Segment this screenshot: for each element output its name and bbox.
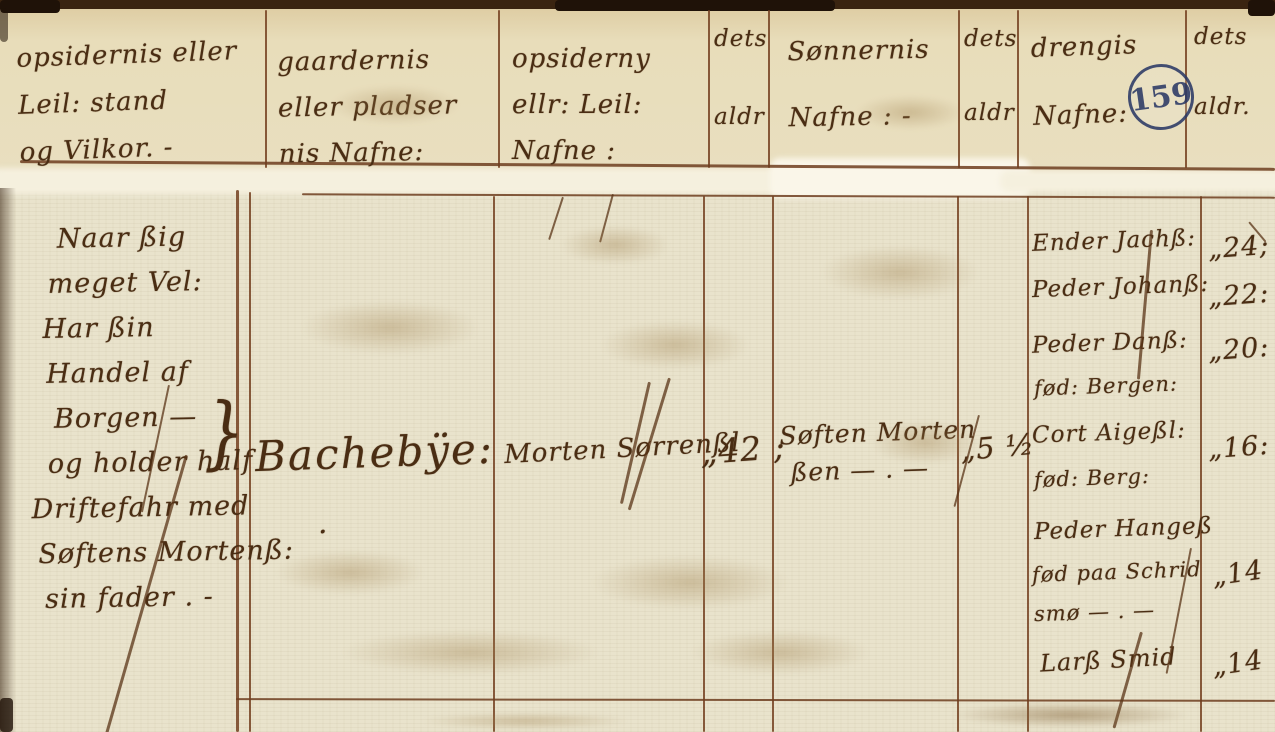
bleed-through-mark [855,95,965,130]
servant-name-2: Peder Johanß: [1032,271,1210,303]
servant-name-4: Cort Aigeßl: [1032,417,1187,448]
remarks-line-3: Har ßin [42,310,290,345]
remarks-line-9: sin fader . - [45,580,295,615]
header-rule-1 [265,10,267,168]
servant-name-6: Larß Smid [1039,642,1177,677]
column-header-tenant-line2: ellr: Leil: [512,82,651,128]
column-header-servants-age: dets aldr. [1194,24,1251,120]
page-number: 159 [1128,75,1195,118]
column-header-sons-line1: Sønnernis [787,35,930,67]
bleed-through-mark [300,300,480,355]
remarks-line-5: Borgen — [54,400,292,435]
remarks-line-7: Driftefahr med [31,490,293,526]
header-rule-5 [958,10,960,168]
servant-name-1: Ender Jachß: [1032,225,1197,257]
servant-age-5: „14 [1210,555,1265,593]
servant-birthplace-5-line1: fød paa Schrid [1032,557,1202,587]
servant-age-4: „16: [1207,430,1270,465]
servant-age-3: „20: [1207,332,1270,367]
column-header-status-line3: og Vilkor. - [19,122,241,177]
column-header-servants-line2: Nafne: [1033,98,1140,132]
header-rule-4 [768,10,770,168]
header-rule-3 [708,10,710,168]
remarks-line-2: meget Vel: [47,265,289,300]
bleed-through-mark [690,630,870,675]
servant-birthplace-4: fød: Berg: [1034,464,1151,492]
farm-name-dot: . [318,506,329,541]
remarks-line-8: Søftens Mortenß: [38,535,294,570]
bleed-through-mark [820,245,980,300]
column-header-status-line1: opsidernis eller [16,28,238,83]
remarks-line-1: Naar ßig [57,220,289,255]
top-center-edge-mark [555,0,835,11]
column-header-tenant-age-line1: dets [714,26,767,52]
column-header-tenant-names: opsiderny ellr: Leil: Nafne : [512,36,651,174]
column-header-servants-age-line2: aldr. [1194,94,1251,120]
servant-name-5: Peder Hangeß [1034,513,1214,545]
column-header-tenant-line1: opsiderny [512,36,651,82]
column-header-tenant-age-line2: aldr [714,104,767,130]
column-header-farm-line1: gaardernis [277,36,457,85]
farm-name: Bachebÿe: [254,424,495,481]
column-header-sons-age: dets aldr [964,26,1017,126]
bleed-through-mark [330,85,460,125]
bleed-through-mark [560,225,670,265]
column-header-status: opsidernis eller Leil: stand og Vilkor. … [16,28,242,177]
servant-age-6: „14 [1210,645,1265,683]
body-rule-sons-age [1027,196,1029,732]
bleed-through-mark [870,420,980,465]
column-header-tenant-age: dets aldr [714,26,767,130]
tenant-age: „42 ; [699,427,787,472]
pen-tick-a [548,197,564,240]
servant-name-3: Peder Danß: [1032,327,1189,358]
page-edge-shadow [0,188,16,732]
next-row-bleed-mark [950,702,1190,728]
column-header-farm-line3: nis Nafne: [278,128,458,177]
top-left-edge-mark [0,0,60,13]
bleed-through-mark [275,550,425,595]
bleed-through-mark [590,555,790,610]
column-header-sons-age-line2: aldr [964,100,1017,126]
column-header-servants-line1: drengis [1030,30,1137,64]
header-rule-2 [498,10,500,168]
column-header-servants-age-line1: dets [1194,24,1251,50]
scan-seam-right [1000,170,1275,192]
servant-birthplace-3: fød: Bergen: [1034,371,1179,400]
left-corner-mark [0,8,8,42]
column-header-servants: drengis Nafne: [1030,30,1140,132]
next-row-bleed-mark [420,712,630,730]
servant-birthplace-5-line2: smø — . — [1034,598,1156,626]
bottom-left-corner-mark [0,698,13,732]
servant-age-2: „22: [1207,278,1270,313]
register-page: opsidernis eller Leil: stand og Vilkor. … [0,0,1275,732]
bleed-through-mark [600,320,750,370]
column-header-sons-age-line1: dets [964,26,1017,52]
column-header-tenant-line3: Nafne : [512,128,651,174]
bleed-through-mark [340,630,600,675]
top-right-edge-mark [1248,0,1275,16]
column-header-status-line2: Leil: stand [17,75,239,130]
remarks-brace-mark: } [204,387,246,480]
